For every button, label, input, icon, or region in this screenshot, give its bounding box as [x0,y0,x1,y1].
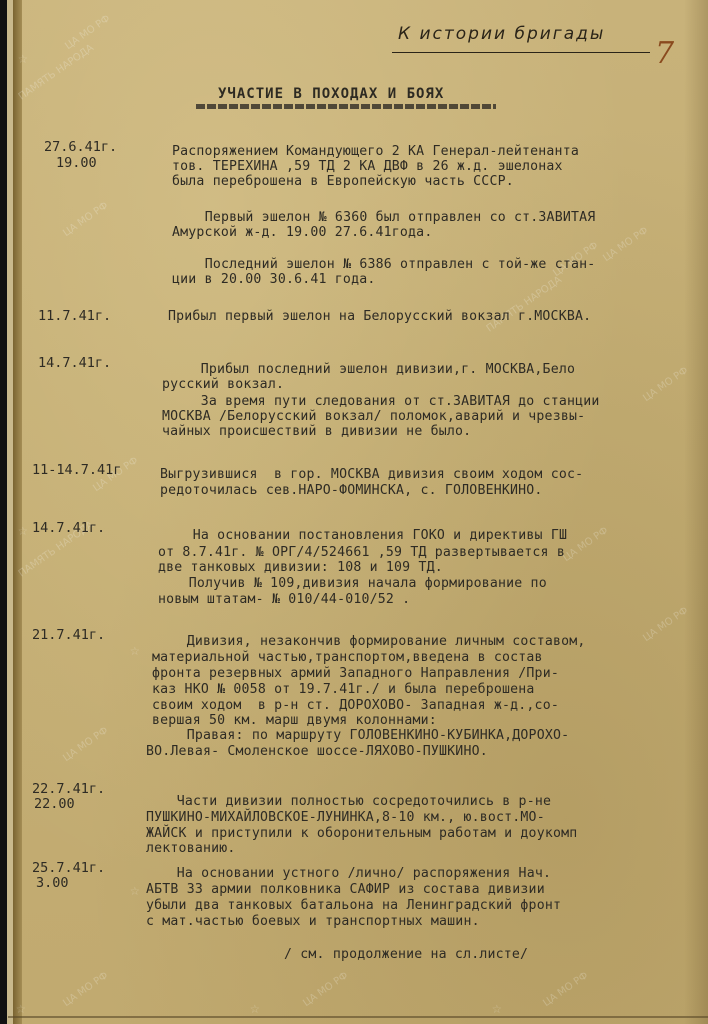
entry-line: Прибыл первый эшелон на Белорусский вокз… [168,309,591,324]
entry-line: МОСКВА /Белорусский вокзал/ поломок,авар… [162,409,585,424]
watermark: ЦА МО РФ [602,226,650,264]
page-shade [684,0,708,1024]
entry-line: от 8.7.41г. № ОРГ/4/524661 ,59 ТД развер… [158,545,565,560]
entry-line: Выгрузившися в гор. МОСКВА дивизия своим… [160,467,583,482]
entry-line: своим ходом в р-н ст. ДОРОХОВО- Западная… [152,698,559,713]
heading-underline [196,104,496,109]
scan-edge [0,0,7,1024]
page-bottom-edge [8,1016,708,1018]
watermark: ЦА МО РФ [642,606,690,644]
watermark-star-icon: ☆ [492,998,502,1017]
entry-time: 3.00 [36,876,69,891]
entry-line: две танковых дивизии: 108 и 109 ТД. [158,560,443,575]
watermark-star-icon: ☆ [130,880,140,899]
entry-date: 14.7.41г. [38,356,111,371]
entry-date: 11-14.7.41г [32,463,121,478]
entry-time: 22.00 [34,797,75,812]
entry-date: 25.7.41г. [32,861,105,876]
watermark-star-icon: ☆ [130,640,140,659]
document-heading: УЧАСТИЕ В ПОХОДАХ И БОЯХ [218,86,444,102]
binding-shadow [13,0,22,1024]
archival-document-page: ЦА МО РФ ☆ ПАМЯТЬ НАРОДА ЦА МО РФ ЦА МО … [0,0,708,1024]
entry-line: Получив № 109,дивизия начала формировани… [148,576,547,591]
entry-line: фронта резервных армий Западного Направл… [152,666,559,681]
watermark: ЦА МО РФ [62,726,110,764]
entry-line: На основании постановления ГОКО и директ… [152,528,567,543]
entry-date: 14.7.41г. [32,521,105,536]
entry-line: вершая 50 км. марш двумя колоннами: [152,713,437,728]
entry-line: материальной частью,транспортом,введена … [152,650,543,665]
watermark: ЦА МО РФ [542,971,590,1009]
entry-line: Первый эшелон № 6360 был отправлен со ст… [164,210,595,225]
entry-line: ции в 20.00 30.6.41 года. [172,272,376,287]
entry-line: с мат.частью боевых и транспортных машин… [146,914,480,929]
watermark: ПАМЯТЬ НАРОДА [17,43,96,102]
entry-line: была переброшена в Европейскую часть ССС… [172,174,514,189]
watermark: ЦА МО РФ [64,14,112,52]
entry-line: Последний эшелон № 6386 отправлен с той-… [164,257,595,272]
watermark: ПАМЯТЬ НАРОДА [485,275,564,334]
entry-line: редоточилась сев.НАРО-ФОМИНСКА, с. ГОЛОВ… [160,483,543,498]
entry-line: Дивизия, незакончив формирование личным … [146,634,586,649]
entry-line: На основании устного /лично/ распоряжени… [136,866,551,881]
entry-date: 27.6.41г. [44,140,117,155]
handwritten-note: К истории бригады [398,24,605,44]
watermark: ЦА МО РФ [62,971,110,1009]
entry-date: 22.7.41г. [32,782,105,797]
entry-line: убыли два танковых батальона на Ленингра… [146,898,561,913]
entry-line: За время пути следования от ст.ЗАВИТАЯ д… [160,394,600,409]
entry-line: русский вокзал. [162,377,284,392]
watermark: ЦА МО РФ [642,366,690,404]
entry-line: Распоряжением Командующего 2 КА Генерал-… [172,144,579,159]
watermark-star-icon: ☆ [250,998,260,1017]
entry-line: новым штатам- № 010/44-010/52 . [158,592,410,607]
entry-date: 21.7.41г. [32,628,105,643]
watermark: ЦА МО РФ [562,526,610,564]
entry-line: Амурской ж-д. 19.00 27.6.41года. [172,225,432,240]
watermark: ЦА МО РФ [302,971,350,1009]
continuation-note: / см. продолжение на сл.листе/ [284,947,528,962]
entry-line: ПУШКИНО-МИХАЙЛОВСКОЕ-ЛУНИНКА,8-10 км., ю… [146,810,545,825]
entry-line: чайных происшествий в дивизии не было. [162,424,471,439]
entry-time: 19.00 [56,156,97,171]
entry-line: каз НКО № 0058 от 19.7.41г./ и была пере… [152,682,535,697]
entry-date: 11.7.41г. [38,309,111,324]
entry-line: АБТВ 33 армии полковника САФИР из состав… [146,882,545,897]
handwritten-underline [392,52,650,53]
entry-line: тов. ТЕРЕХИНА ,59 ТД 2 КА ДВФ в 26 ж.д. … [172,159,563,174]
page-number: 7 [655,36,674,71]
entry-line: Прибыл последний эшелон дивизии,г. МОСКВ… [160,362,575,377]
entry-line: лектованию. [146,841,236,856]
watermark: ЦА МО РФ [62,201,110,239]
entry-line: Части дивизии полностью сосредоточились … [136,794,551,809]
entry-line: ЖАЙСК и приступили к оборонительным рабо… [146,826,577,841]
entry-line: Правая: по маршруту ГОЛОВЕНКИНО-КУБИНКА,… [146,728,569,743]
entry-line: ВО.Левая- Смоленское шоссе-ЛЯХОВО-ПУШКИН… [146,744,488,759]
